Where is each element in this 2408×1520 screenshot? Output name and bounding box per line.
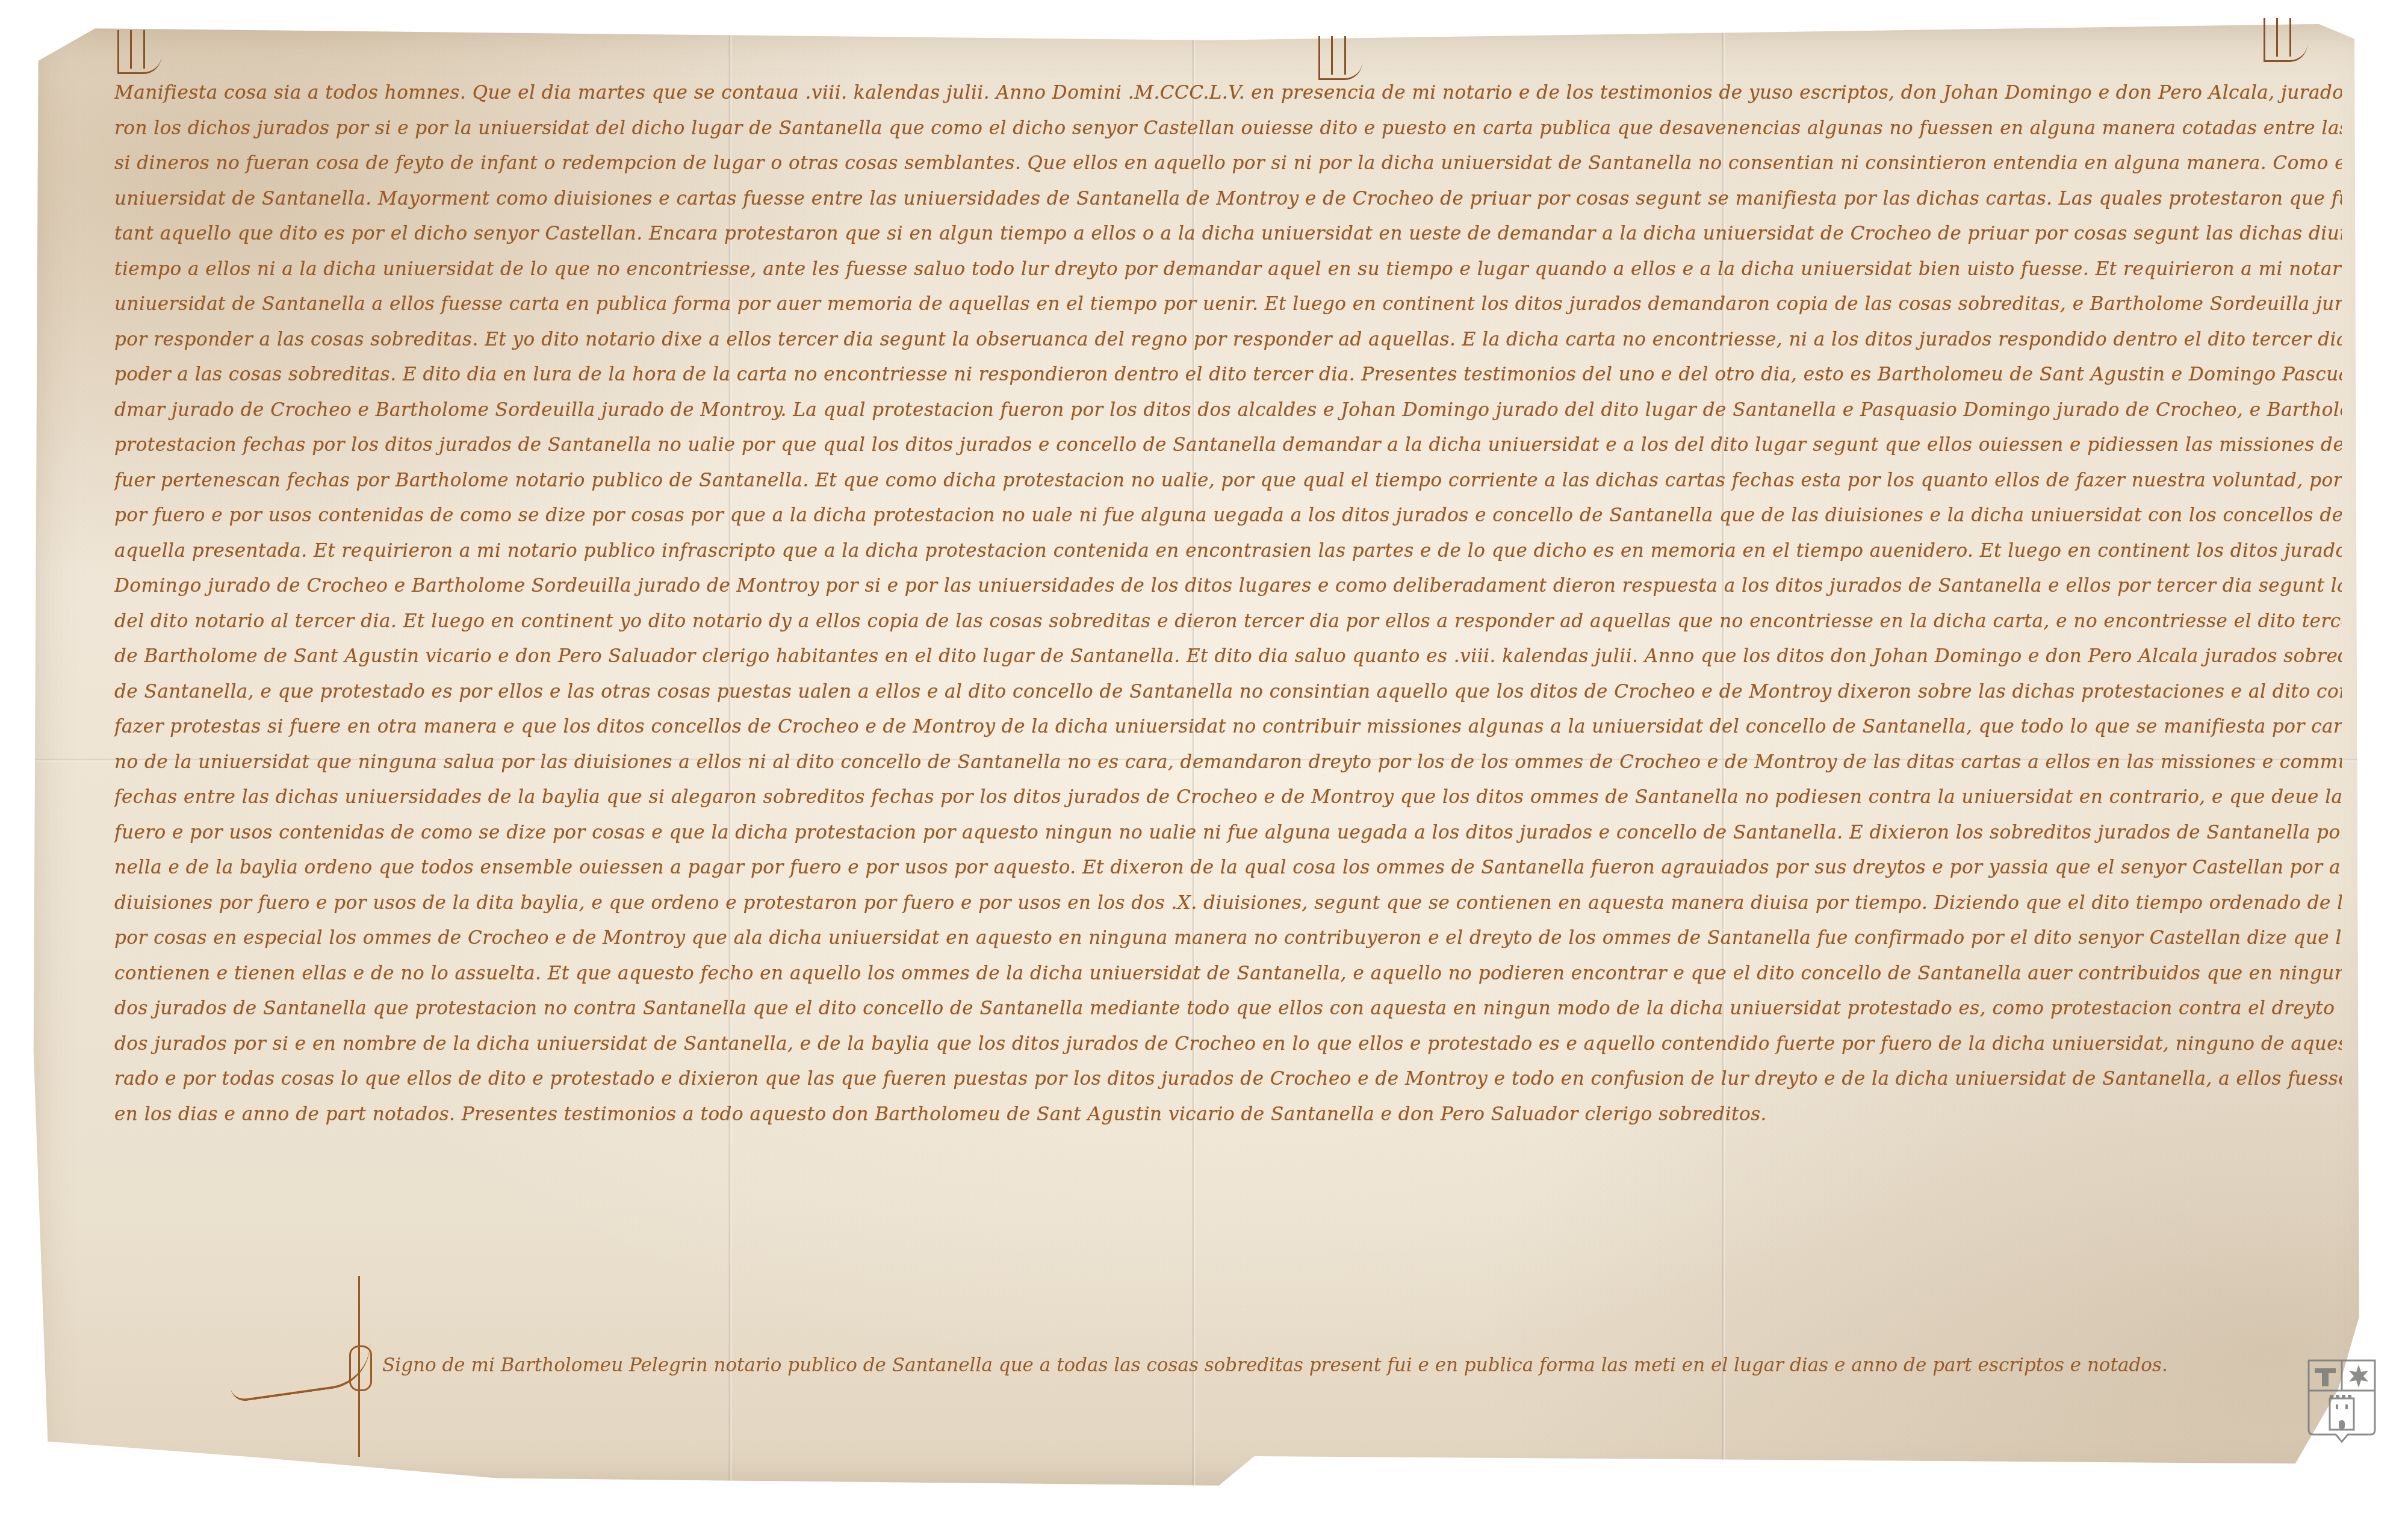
manuscript-line: tiempo a ellos ni a la dicha uniuersidat… (114, 252, 2342, 287)
notarial-subscription: Signo de mi Bartholomeu Pelegrin notario… (382, 1354, 2168, 1376)
corner-ruling-mark-center (1318, 36, 1362, 80)
manuscript-line: de Santanella, e que protestado es por e… (114, 674, 2342, 710)
manuscript-line: tant aquello que dito es por el dicho se… (114, 216, 2342, 252)
notarial-sign-block: Signo de mi Bartholomeu Pelegrin notario… (205, 1276, 1348, 1457)
manuscript-line: ron los dichos jurados por si e por la u… (114, 111, 2342, 146)
manuscript-line: del dito notario al tercer dia. Et luego… (114, 604, 2342, 639)
manuscript-line: no de la uniuersidat que ninguna salua p… (114, 745, 2342, 780)
corner-ruling-mark-left (117, 30, 161, 74)
manuscript-line: aquella presentada. Et requirieron a mi … (114, 533, 2342, 569)
manuscript-line: fuer pertenescan fechas por Bartholome n… (114, 463, 2342, 498)
manuscript-line: diuisiones por fuero e por usos de la di… (114, 886, 2342, 921)
manuscript-line: dmar jurado de Crocheo e Bartholome Sord… (114, 392, 2342, 428)
manuscript-line: Manifiesta cosa sia a todos homnes. Que … (114, 75, 2342, 111)
manuscript-line: por responder a las cosas sobreditas. Et… (114, 322, 2342, 358)
manuscript-line: uniuersidat de Santanella a ellos fuesse… (114, 287, 2342, 322)
manuscript-line: dos jurados de Santanella que protestaci… (114, 991, 2342, 1026)
manuscript-line: de Bartholome de Sant Agustin vicario e … (114, 639, 2342, 674)
manuscript-line: Domingo jurado de Crocheo e Bartholome S… (114, 568, 2342, 604)
manuscript-text-body: Manifiesta cosa sia a todos homnes. Que … (114, 75, 2342, 1132)
manuscript-line: en los dias e anno de part notados. Pres… (114, 1097, 2342, 1132)
manuscript-line: uniuersidat de Santanella. Mayorment com… (114, 181, 2342, 217)
coat-of-arms-watermark-icon (2306, 1357, 2378, 1448)
manuscript-line: fechas entre las dichas uniuersidades de… (114, 780, 2342, 815)
manuscript-line: si dineros no fueran cosa de feyto de in… (114, 146, 2342, 181)
manuscript-line: poder a las cosas sobreditas. E dito dia… (114, 357, 2342, 392)
manuscript-line: por fuero e por usos contenidas de como … (114, 498, 2342, 533)
manuscript-line: contienen e tienen ellas e de no lo assu… (114, 956, 2342, 991)
signum-knot-icon (349, 1345, 372, 1391)
manuscript-line: fazer protestas si fuere en otra manera … (114, 709, 2342, 745)
manuscript-line: protestacion fechas por los ditos jurado… (114, 427, 2342, 463)
manuscript-line: fuero e por usos contenidas de como se d… (114, 815, 2342, 851)
manuscript-line: dos jurados por si e en nombre de la dic… (114, 1026, 2342, 1062)
manuscript-line: rado e por todas cosas lo que ellos de d… (114, 1061, 2342, 1097)
manuscript-line: nella e de la baylia ordeno que todos en… (114, 850, 2342, 886)
manuscript-line: por cosas en especial los ommes de Croch… (114, 920, 2342, 956)
corner-ruling-mark-right (2264, 18, 2307, 62)
